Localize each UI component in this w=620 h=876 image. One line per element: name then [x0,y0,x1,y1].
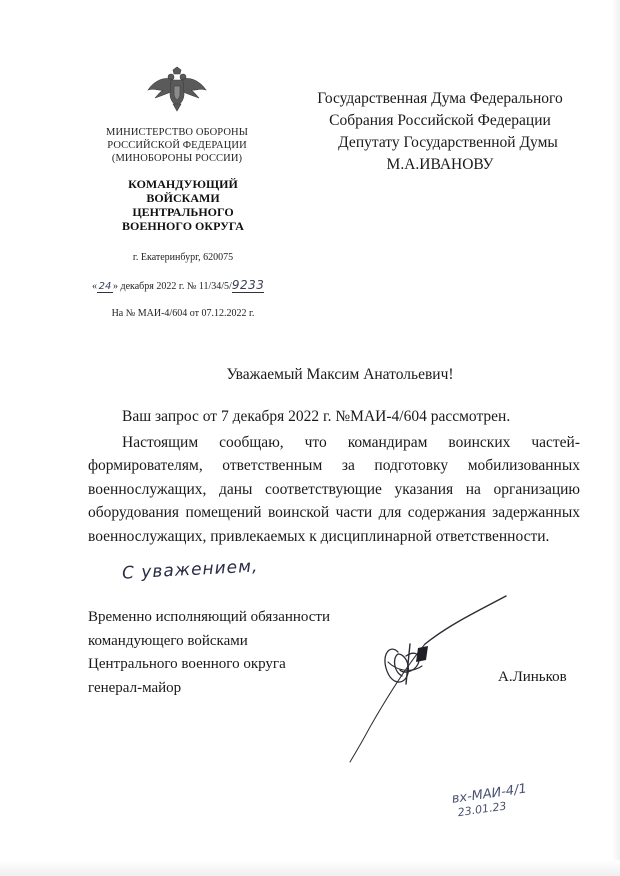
outgoing-month-year: декабря 2022 г. № 11/34/5/ [118,281,232,292]
outgoing-sequence: 9233 [232,278,265,293]
addressee-line: Депутату Государственной Думы [290,132,590,154]
ministry-line: РОССИЙСКОЙ ФЕДЕРАЦИИ [88,139,266,152]
handwritten-regards: С уважением, [122,556,259,583]
addressee-name: М.А.ИВАНОВУ [290,154,590,176]
salutation: Уважаемый Максим Анатольевич! [80,366,600,384]
ministry-line: (МИНОБОРОНЫ РОССИИ) [88,152,266,165]
outgoing-number: «24» декабря 2022 г. № 11/34/5/9233 [92,278,264,293]
commander-title: КОМАНДУЮЩИЙ ВОЙСКАМИ ЦЕНТРАЛЬНОГО ВОЕННО… [88,177,278,233]
body-paragraph: Настоящим сообщаю, что командирам воинск… [88,431,580,549]
double-headed-eagle-emblem-icon [147,66,207,112]
outgoing-day: 24 [97,281,113,293]
addressee-block: Государственная Дума Федерального Собран… [290,88,590,176]
commander-line: ВОЕННОГО ОКРУГА [88,219,278,233]
signatory-line: Временно исполняющий обязанности [88,606,330,630]
handwritten-signature-icon [330,592,510,767]
city-postcode: г. Екатеринбург, 620075 [88,252,278,263]
letter-body: Ваш запрос от 7 декабря 2022 г. №МАИ-4/6… [88,405,580,548]
incoming-registration-note: вх-МАИ-4/1 23.01.23 [451,782,530,820]
signatory-position: Временно исполняющий обязанности команду… [88,606,330,700]
body-paragraph: Ваш запрос от 7 декабря 2022 г. №МАИ-4/6… [88,405,580,429]
ministry-name: МИНИСТЕРСТВО ОБОРОНЫ РОССИЙСКОЙ ФЕДЕРАЦИ… [88,126,266,165]
signatory-line: Центрального военного округа [88,653,330,677]
ministry-line: МИНИСТЕРСТВО ОБОРОНЫ [88,126,266,139]
page-edge [612,0,620,876]
addressee-line: Государственная Дума Федерального [290,88,590,110]
commander-line: ЦЕНТРАЛЬНОГО [88,205,278,219]
signatory-name: А.Линьков [498,669,567,686]
commander-line: ВОЙСКАМИ [88,191,278,205]
page-edge [0,860,620,876]
signatory-line: генерал-майор [88,677,330,701]
signatory-line: командующего войсками [88,630,330,654]
addressee-line: Собрания Российской Федерации [290,110,590,132]
reference-number: На № МАИ-4/604 от 07.12.2022 г. [88,308,278,319]
commander-line: КОМАНДУЮЩИЙ [88,177,278,191]
